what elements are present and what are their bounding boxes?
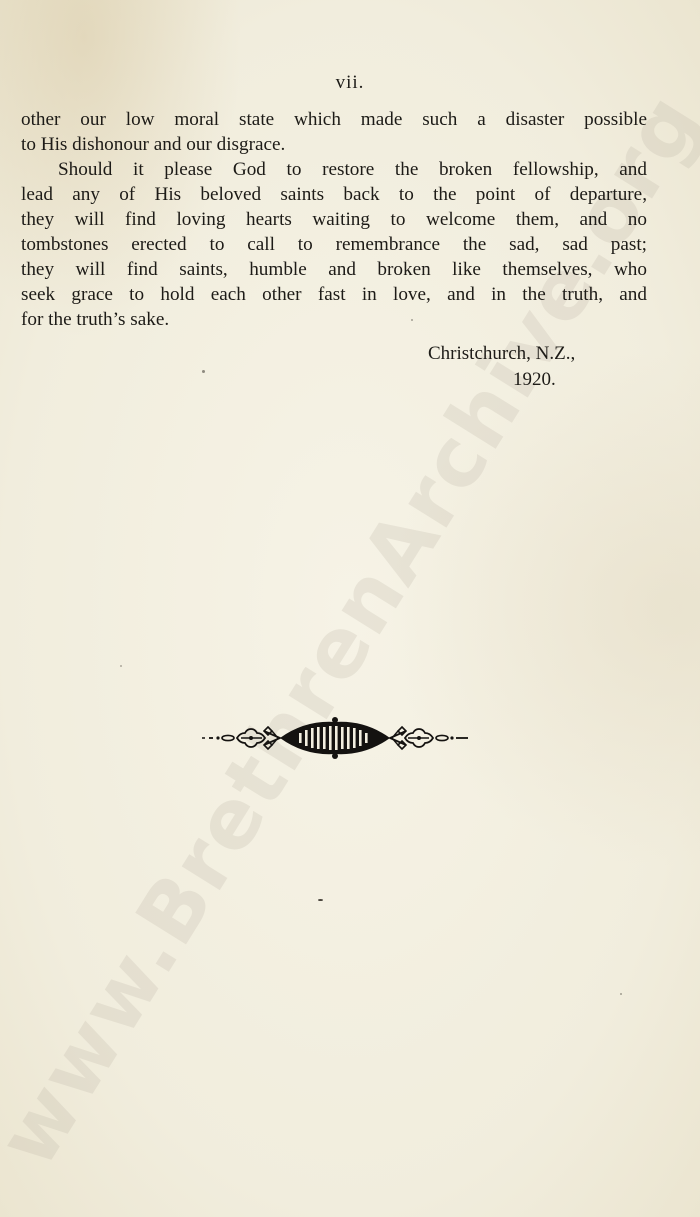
signature-year: 1920. <box>513 369 556 391</box>
body-text: other our low moral state which made suc… <box>21 107 647 332</box>
signature-place: Christchurch, N.Z., <box>428 343 575 365</box>
text-line: lead any of His beloved saints back to t… <box>21 182 647 207</box>
text-line: other our low moral state which made suc… <box>21 107 647 132</box>
text-line: to His dishonour and our disgrace. <box>21 132 647 157</box>
page-number: vii. <box>0 72 700 94</box>
paper-speck <box>411 319 413 321</box>
paragraph-start-line: Should it please God to restore the brok… <box>21 157 647 182</box>
book-page: www.BrethrenArchive.org vii. other our l… <box>0 0 700 1217</box>
decorative-fleuron-divider-icon <box>200 716 470 760</box>
paper-speck <box>120 665 122 667</box>
text-line: seek grace to hold each other fast in lo… <box>21 282 647 307</box>
text-line: for the truth’s sake. <box>21 307 647 332</box>
paper-speck <box>620 993 622 995</box>
text-line: they will find saints, humble and broken… <box>21 257 647 282</box>
paper-speck <box>202 370 205 373</box>
text-line: tombstones erected to call to remembranc… <box>21 232 647 257</box>
text-line: they will find loving hearts waiting to … <box>21 207 647 232</box>
paper-speck <box>318 899 323 901</box>
